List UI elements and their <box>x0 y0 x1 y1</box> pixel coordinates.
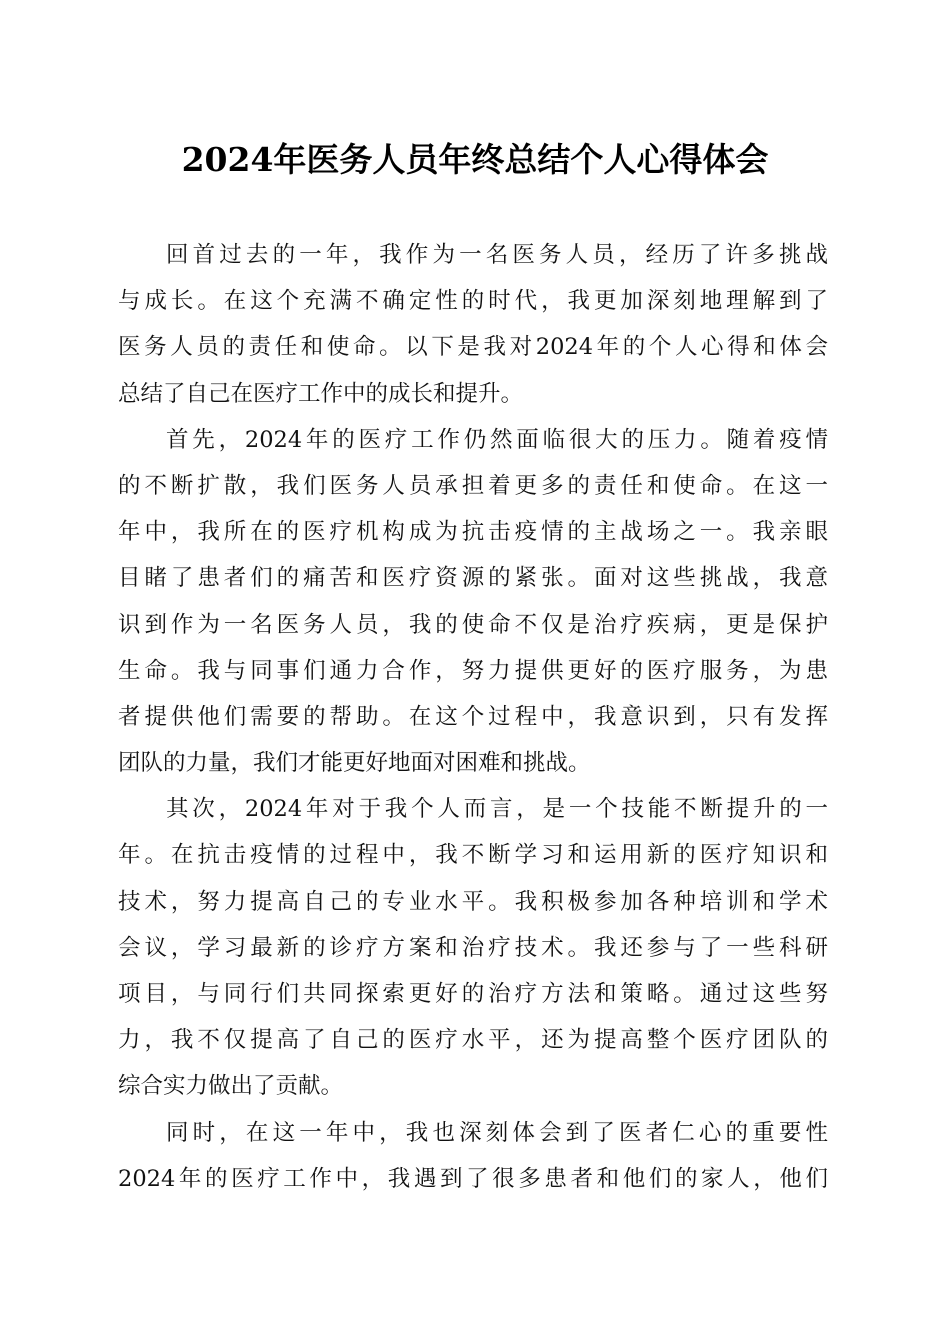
paragraph-1: 回首过去的一年，我作为一名医务人员，经历了许多挑战 与成长。在这个充满不确定性的… <box>118 232 828 417</box>
text-line: 力，我不仅提高了自己的医疗水平，还为提高整个医疗团队的 <box>118 1017 828 1063</box>
text-line: 年。在抗击疫情的过程中，我不断学习和运用新的医疗知识和 <box>118 832 828 878</box>
text-line: 综合实力做出了贡献。 <box>118 1063 828 1109</box>
document-body: 回首过去的一年，我作为一名医务人员，经历了许多挑战 与成长。在这个充满不确定性的… <box>118 232 828 1202</box>
text-line: 医务人员的责任和使命。以下是我对2024年的个人心得和体会 <box>118 324 828 370</box>
text-line: 回首过去的一年，我作为一名医务人员，经历了许多挑战 <box>118 232 828 278</box>
paragraph-4: 同时，在这一年中，我也深刻体会到了医者仁心的重要性 2024年的医疗工作中，我遇… <box>118 1110 828 1202</box>
text-line: 项目，与同行们共同探索更好的治疗方法和策略。通过这些努 <box>118 971 828 1017</box>
document-page: 2024年医务人员年终总结个人心得体会 回首过去的一年，我作为一名医务人员，经历… <box>0 0 950 1344</box>
text-line: 者提供他们需要的帮助。在这个过程中，我意识到，只有发挥 <box>118 694 828 740</box>
text-line: 与成长。在这个充满不确定性的时代，我更加深刻地理解到了 <box>118 278 828 324</box>
text-line: 其次，2024年对于我个人而言，是一个技能不断提升的一 <box>118 786 828 832</box>
text-line: 2024年的医疗工作中，我遇到了很多患者和他们的家人，他们 <box>118 1156 828 1202</box>
text-line: 生命。我与同事们通力合作，努力提供更好的医疗服务，为患 <box>118 648 828 694</box>
text-line: 同时，在这一年中，我也深刻体会到了医者仁心的重要性 <box>118 1110 828 1156</box>
document-title: 2024年医务人员年终总结个人心得体会 <box>0 138 950 182</box>
paragraph-2: 首先，2024年的医疗工作仍然面临很大的压力。随着疫情 的不断扩散，我们医务人员… <box>118 417 828 787</box>
text-line: 会议，学习最新的诊疗方案和治疗技术。我还参与了一些科研 <box>118 925 828 971</box>
text-line: 技术，努力提高自己的专业水平。我积极参加各种培训和学术 <box>118 879 828 925</box>
text-line: 目睹了患者们的痛苦和医疗资源的紧张。面对这些挑战，我意 <box>118 555 828 601</box>
text-line: 首先，2024年的医疗工作仍然面临很大的压力。随着疫情 <box>118 417 828 463</box>
text-line: 识到作为一名医务人员，我的使命不仅是治疗疾病，更是保护 <box>118 602 828 648</box>
text-line: 年中，我所在的医疗机构成为抗击疫情的主战场之一。我亲眼 <box>118 509 828 555</box>
text-line: 团队的力量，我们才能更好地面对困难和挑战。 <box>118 740 828 786</box>
paragraph-3: 其次，2024年对于我个人而言，是一个技能不断提升的一 年。在抗击疫情的过程中，… <box>118 786 828 1109</box>
text-line: 总结了自己在医疗工作中的成长和提升。 <box>118 371 828 417</box>
text-line: 的不断扩散，我们医务人员承担着更多的责任和使命。在这一 <box>118 463 828 509</box>
